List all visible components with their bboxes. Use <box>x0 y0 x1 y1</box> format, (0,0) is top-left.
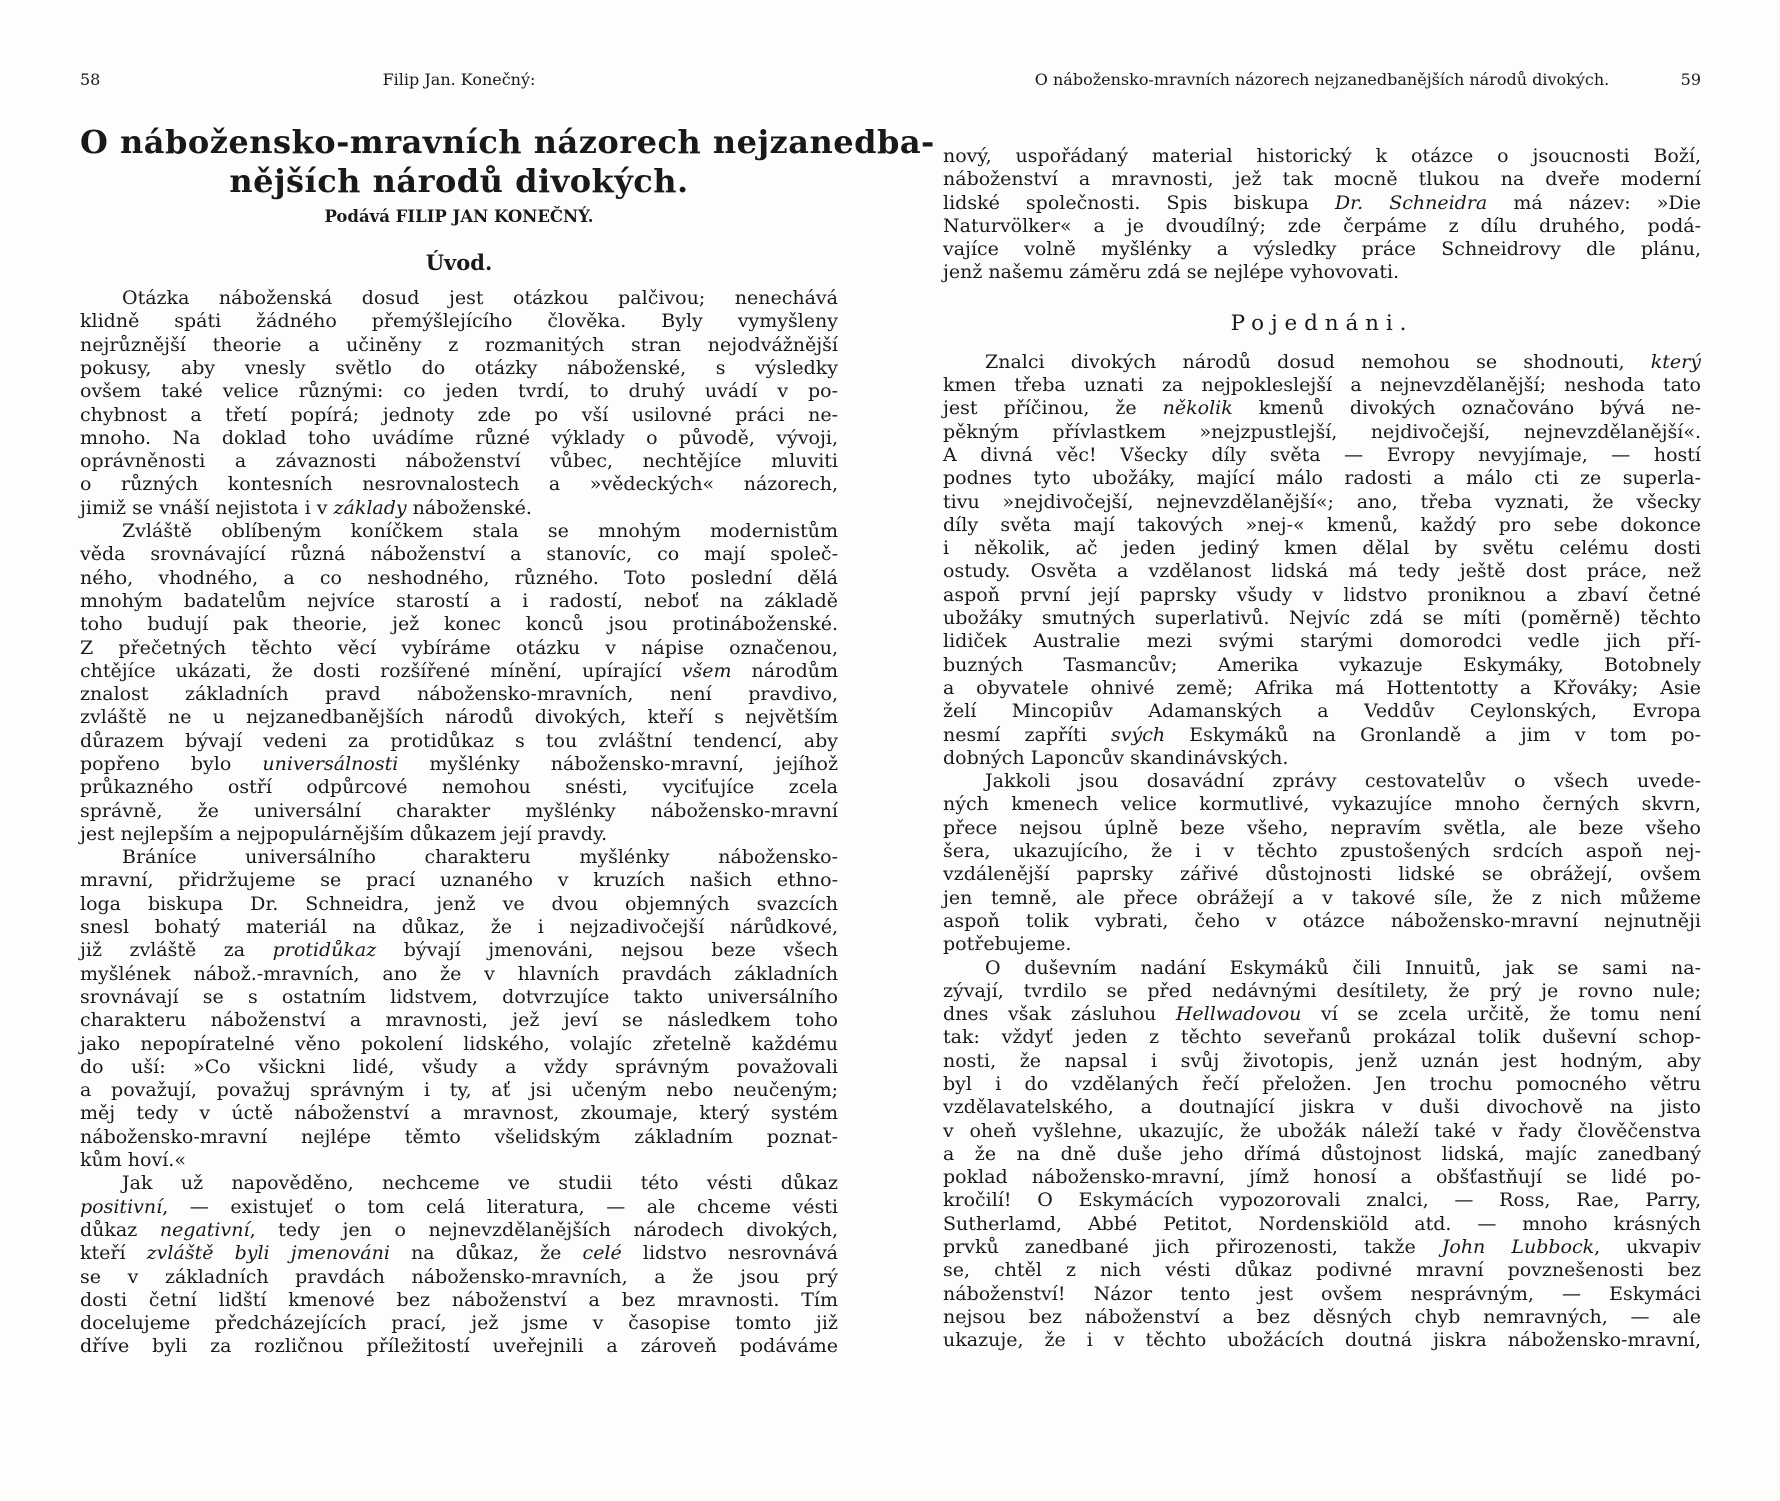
text-line: jimiž se vnáší nejistota i v základy náb… <box>80 497 838 520</box>
text-line: positivní, — existujeť o tom celá litera… <box>80 1196 838 1219</box>
text-line: průkazného ostří odpůrcové nemohou snést… <box>80 776 838 799</box>
text-line: A divná věc! Všecky díly světa — Evropy … <box>943 444 1701 467</box>
text-line: znalost základních pravd nábožensko-mrav… <box>80 683 838 706</box>
text-line: aspoň tolik vybrati, čeho v otázce nábož… <box>943 910 1701 933</box>
text-line: loga biskupa Dr. Schneidra, jenž ve dvou… <box>80 893 838 916</box>
text-line: Bráníce universálního charakteru myšlénk… <box>80 846 838 869</box>
page-number-left: 58 <box>80 70 126 89</box>
text-line: toho budují pak theorie, jež konec konců… <box>80 613 838 636</box>
text-line: chybnost a třetí popírá; jednoty zde po … <box>80 404 838 427</box>
text-line: kům hoví.« <box>80 1149 838 1172</box>
text-line: želí Mincopiův Adamanských a Veddův Ceyl… <box>943 700 1701 723</box>
text-line: Naturvölker« a je dvoudílný; zde čerpáme… <box>943 215 1701 238</box>
paragraph-uvod-2: Zvláště oblíbeným koníčkem stala se mnoh… <box>80 520 838 846</box>
text-line: zvláště ne u nejzanedbanějších národů di… <box>80 706 838 729</box>
byline: Podává FILIP JAN KONEČNÝ. <box>80 207 838 226</box>
running-title-right: O nábožensko-mravních názorech nejzanedb… <box>989 70 1655 89</box>
text-line: tivu »nejdivočejší, nejnevzdělanější«; a… <box>943 491 1701 514</box>
text-line: se v základních pravdách nábožensko-mrav… <box>80 1266 838 1289</box>
text-line: pěkným přívlastkem »nejzpustlejší, nejdi… <box>943 421 1701 444</box>
text-line: nesmí zapříti svých Eskymáků na Gronland… <box>943 724 1701 747</box>
text-line: Zvláště oblíbeným koníčkem stala se mnoh… <box>80 520 838 543</box>
text-line: již zvláště za protidůkaz bývají jmenová… <box>80 939 838 962</box>
page-number-right: 59 <box>1655 70 1701 89</box>
paragraph-pojednani-2: Jakkoli jsou dosavádní zprávy cestovatel… <box>943 770 1701 956</box>
text-line: ného, vhodného, a co neshodného, různého… <box>80 567 838 590</box>
text-line: lidiček Australie mezi svými starými dom… <box>943 630 1701 653</box>
text-line: mnoho. Na doklad toho uvádíme různé výkl… <box>80 427 838 450</box>
text-line: vzdělavatelského, a doutnající jiskra v … <box>943 1096 1701 1119</box>
text-line: jest příčinou, že několik kmenů divokých… <box>943 397 1701 420</box>
text-line: vzdálenější paprsky zářivé důstojnosti l… <box>943 863 1701 886</box>
text-line: popřeno bylo universálnosti myšlénky náb… <box>80 753 838 776</box>
article-title-line-2: nějších národů divokých. <box>80 162 838 201</box>
text-line: Znalci divokých národů dosud nemohou se … <box>943 351 1701 374</box>
text-line: nábožensko-mravní nejlépe těmto všelidsk… <box>80 1126 838 1149</box>
text-line: srovnávají se s ostatním lidstvem, dotvr… <box>80 986 838 1009</box>
section-heading-pojednani: Pojednáni. <box>943 311 1701 336</box>
paragraph-pojednani-1: Znalci divokých národů dosud nemohou se … <box>943 351 1701 770</box>
text-line: tak: vždyť jeden z těchto seveřanů proká… <box>943 1026 1701 1049</box>
page-header-right: O nábožensko-mravních názorech nejzanedb… <box>943 70 1701 89</box>
paragraph-uvod-1: Otázka náboženská dosud jest otázkou pal… <box>80 287 838 520</box>
page-right: O nábožensko-mravních názorech nejzanedb… <box>943 70 1701 1353</box>
text-line: vajíce volně myšlénky a výsledky práce S… <box>943 238 1701 261</box>
text-line: se, chtěl z nich vésti důkaz podivné mra… <box>943 1259 1701 1282</box>
text-line: ných kmenech velice kormutlivé, vykazují… <box>943 793 1701 816</box>
text-line: přece nejsou úplně beze všeho, nepravím … <box>943 817 1701 840</box>
text-line: lidské společnosti. Spis biskupa Dr. Sch… <box>943 192 1701 215</box>
text-line: ovšem také velice různými: co jeden tvrd… <box>80 380 838 403</box>
text-line: kročilí! O Eskymácích vypozorovali znalc… <box>943 1189 1701 1212</box>
text-line: Otázka náboženská dosud jest otázkou pal… <box>80 287 838 310</box>
text-line: myšlének nábož.-mravních, ano že v hlavn… <box>80 963 838 986</box>
text-line: věda srovnávající různá náboženství a st… <box>80 543 838 566</box>
text-line: mravní, přidržujeme se prací uznaného v … <box>80 869 838 892</box>
article-title: O nábožensko-mravních názorech nejzanedb… <box>80 123 838 201</box>
text-line: dobných Laponcův skandinávských. <box>943 747 1701 770</box>
text-line: nejsou bez náboženství a bez děsných chy… <box>943 1306 1701 1329</box>
text-line: důrazem bývají vedeni za protidůkaz s to… <box>80 730 838 753</box>
text-line: podnes tyto ubožáky, mající málo radosti… <box>943 467 1701 490</box>
page-left: 58 Filip Jan. Konečný: O nábožensko-mrav… <box>80 70 838 1359</box>
text-line: jen temně, ale přece obrážejí a v takové… <box>943 887 1701 910</box>
text-line: Sutherlamd, Abbé Petitot, Nordenskiöld a… <box>943 1213 1701 1236</box>
text-line: šera, ukazujícího, že i v těchto zpustoš… <box>943 840 1701 863</box>
text-line: poklad nábožensko-mravní, jímž honosí a … <box>943 1166 1701 1189</box>
text-line: a obyvatele ohnivé země; Afrika má Hotte… <box>943 677 1701 700</box>
text-line: náboženství! Názor tento jest ovšem nesp… <box>943 1283 1701 1306</box>
paragraph-continuation: nový, uspořádaný material historický k o… <box>943 145 1701 285</box>
text-line: nejrůznější theorie a učiněny z rozmanit… <box>80 334 838 357</box>
text-line: jako nepopíratelné věno pokolení lidskéh… <box>80 1033 838 1056</box>
article-title-line-1: O nábožensko-mravních názorech nejzanedb… <box>80 123 838 162</box>
text-line: potřebujeme. <box>943 933 1701 956</box>
text-line: dříve byli za rozličnou příležitostí uve… <box>80 1335 838 1358</box>
text-line: nový, uspořádaný material historický k o… <box>943 145 1701 168</box>
running-title-left: Filip Jan. Konečný: <box>126 70 792 89</box>
paragraph-pojednani-3: O duševním nadání Eskymáků čili Innuitů,… <box>943 957 1701 1353</box>
text-line: snesl bohatý materiál na důkaz, že i nej… <box>80 916 838 939</box>
paragraph-uvod-3: Bráníce universálního charakteru myšlénk… <box>80 846 838 1172</box>
text-line: byl i do vzdělaných řečí přeložen. Jen t… <box>943 1073 1701 1096</box>
text-line: aspoň první její paprsky všudy v lidstvo… <box>943 584 1701 607</box>
text-line: buzných Tasmancův; Amerika vykazuje Esky… <box>943 654 1701 677</box>
text-line: i několik, ač jeden jediný kmen dělal by… <box>943 537 1701 560</box>
text-line: mnohým badatelům nejvíce starostí a i ra… <box>80 590 838 613</box>
text-line: a že na dně duše jeho dřímá důstojnost l… <box>943 1143 1701 1166</box>
text-line: měj tedy v úctě náboženství a mravnost, … <box>80 1102 838 1125</box>
page-header-left: 58 Filip Jan. Konečný: <box>80 70 838 89</box>
text-line: kteří zvláště byli jmenováni na důkaz, ž… <box>80 1242 838 1265</box>
text-line: charakteru náboženství a mravnosti, jež … <box>80 1009 838 1032</box>
text-line: díly světa mají takových »nej-« kmenů, k… <box>943 514 1701 537</box>
text-line: ubožáky smutných superlativů. Nejvíc zdá… <box>943 607 1701 630</box>
text-line: klidně spáti žádného přemýšlejícího člov… <box>80 310 838 333</box>
text-line: Jakkoli jsou dosavádní zprávy cestovatel… <box>943 770 1701 793</box>
scanned-book-spread: { "colors": { "paper": "#fdfdfc", "ink":… <box>0 0 1780 1501</box>
text-line: oprávněnosti a závaznosti náboženství vů… <box>80 450 838 473</box>
text-line: pokusy, aby vnesly světlo do otázky nábo… <box>80 357 838 380</box>
text-line: náboženství a mravnosti, jež tak mocně t… <box>943 168 1701 191</box>
text-line: dosti četní lidští kmenové bez náboženst… <box>80 1289 838 1312</box>
text-line: dnes však zásluhou Hellwadovou ví se zce… <box>943 1003 1701 1026</box>
text-line: O duševním nadání Eskymáků čili Innuitů,… <box>943 957 1701 980</box>
text-line: chtějíce ukázati, že dosti rozšířené mín… <box>80 660 838 683</box>
text-line: jest nejlepším a nejpopulárnějším důkaze… <box>80 823 838 846</box>
paragraph-uvod-4: Jak už napověděno, nechceme ve studii té… <box>80 1172 838 1358</box>
text-line: prvků zanedbané jich přirozenosti, takže… <box>943 1236 1701 1259</box>
text-line: nosti, že napsal i svůj životopis, jenž … <box>943 1050 1701 1073</box>
text-line: důkaz negativní, tedy jen o nejnevzdělan… <box>80 1219 838 1242</box>
text-line: Z přečetných těchto věcí vybíráme otázku… <box>80 637 838 660</box>
section-heading-uvod: Úvod. <box>80 250 838 275</box>
text-line: docelujeme předcházejících prací, jež js… <box>80 1312 838 1335</box>
text-line: kmen třeba uznati za nejpokleslejší a ne… <box>943 374 1701 397</box>
text-line: jenž našemu záměru zdá se nejlépe vyhovo… <box>943 261 1701 284</box>
text-line: správně, že universální charakter myšlén… <box>80 800 838 823</box>
text-line: ostudy. Osvěta a vzdělanost lidská má te… <box>943 560 1701 583</box>
text-line: o různých kontesních nesrovnalostech a »… <box>80 473 838 496</box>
text-line: do uší: »Co všickni lidé, všudy a vždy s… <box>80 1056 838 1079</box>
text-line: a považují, považuj správným i ty, ať js… <box>80 1079 838 1102</box>
text-line: zývají, tvrdilo se před nedávnými desíti… <box>943 980 1701 1003</box>
text-line: Jak už napověděno, nechceme ve studii té… <box>80 1172 838 1195</box>
text-line: v oheň vyšlehne, ukazujíc, že ubožák nál… <box>943 1120 1701 1143</box>
text-line: ukazuje, že i v těchto ubožácích doutná … <box>943 1329 1701 1352</box>
